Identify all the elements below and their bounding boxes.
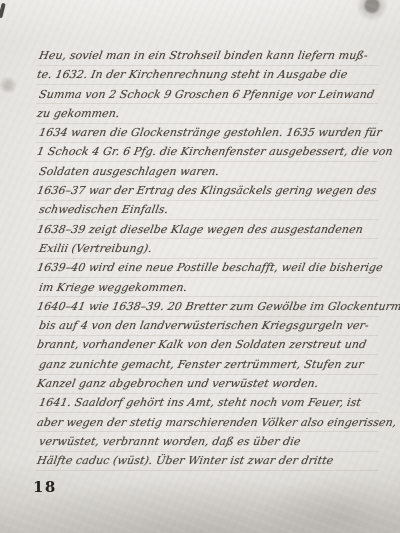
manuscript-line: im Kriege weggekommen. — [36, 281, 374, 300]
manuscript-line: Kanzel ganz abgebrochen und verwüstet wo… — [36, 377, 374, 396]
manuscript-line: zu gekommen. — [36, 107, 374, 126]
manuscript-line-text: 1641. Saaldorf gehört ins Amt, steht noc… — [38, 396, 362, 409]
manuscript-line: verwüstet, verbrannt worden, daß es über… — [36, 435, 374, 454]
manuscript-line: schwedischen Einfalls. — [36, 203, 374, 222]
manuscript-line-text: Soldaten ausgeschlagen waren. — [38, 165, 220, 178]
manuscript-line-text: Summa von 2 Schock 9 Groschen 6 Pfennige… — [38, 88, 375, 101]
manuscript-line: brannt, vorhandener Kalk von den Soldate… — [36, 338, 374, 357]
manuscript-line: 1636–37 war der Ertrag des Klingsäckels … — [36, 184, 374, 203]
manuscript-line-text: Heu, soviel man in ein Strohseil binden … — [38, 49, 369, 62]
manuscript-line: aber wegen der stetig marschierenden Völ… — [36, 416, 374, 435]
manuscript-line-text: Exilii (Vertreibung). — [38, 242, 153, 255]
page-number: 18 — [33, 478, 57, 496]
manuscript-line: 1 Schock 4 Gr. 6 Pfg. die Kirchenfenster… — [36, 145, 374, 164]
manuscript-line-text: verwüstet, verbrannt worden, daß es über… — [38, 435, 302, 448]
manuscript-line-text: ganz zunichte gemacht, Fenster zertrümme… — [38, 358, 365, 371]
manuscript-line: ganz zunichte gemacht, Fenster zertrümme… — [36, 358, 374, 377]
manuscript-line: Summa von 2 Schock 9 Groschen 6 Pfennige… — [36, 88, 374, 107]
manuscript-line-text: Hälfte caduc (wüst). Über Winter ist zwa… — [36, 454, 334, 467]
manuscript-line-text: te. 1632. In der Kirchenrechnung steht i… — [36, 68, 348, 81]
manuscript-line-text: 1638–39 zeigt dieselbe Klage wegen des a… — [36, 223, 364, 236]
manuscript-line: Exilii (Vertreibung). — [36, 242, 374, 261]
manuscript-line-text: aber wegen der stetig marschierenden Völ… — [36, 416, 397, 429]
handwritten-text: Heu, soviel man in ein Strohseil binden … — [36, 49, 374, 474]
manuscript-line: Soldaten ausgeschlagen waren. — [36, 165, 374, 184]
manuscript-line-text: im Kriege weggekommen. — [38, 281, 188, 294]
manuscript-line-text: Kanzel ganz abgebrochen und verwüstet wo… — [36, 377, 319, 390]
manuscript-line: 1634 waren die Glockenstränge gestohlen.… — [36, 126, 374, 145]
manuscript-page: Heu, soviel man in ein Strohseil binden … — [0, 0, 400, 533]
manuscript-line: bis auf 4 von den landverwüsterischen Kr… — [36, 319, 374, 338]
corner-smudge — [0, 3, 6, 19]
manuscript-line-text: brannt, vorhandener Kalk von den Soldate… — [36, 338, 367, 351]
manuscript-line: 1640–41 wie 1638–39. 20 Bretter zum Gewö… — [36, 300, 374, 319]
manuscript-line-text: 1639–40 wird eine neue Postille beschaff… — [36, 261, 384, 274]
manuscript-line: Heu, soviel man in ein Strohseil binden … — [36, 49, 374, 68]
manuscript-line: 1639–40 wird eine neue Postille beschaff… — [36, 261, 374, 280]
manuscript-line: te. 1632. In der Kirchenrechnung steht i… — [36, 68, 374, 87]
manuscript-line-text: bis auf 4 von den landverwüsterischen Kr… — [38, 319, 370, 332]
manuscript-line: 1641. Saaldorf gehört ins Amt, steht noc… — [36, 396, 374, 415]
manuscript-line-text: zu gekommen. — [36, 107, 121, 120]
manuscript-line-text: 1636–37 war der Ertrag des Klingsäckels … — [36, 184, 377, 197]
manuscript-line: 1638–39 zeigt dieselbe Klage wegen des a… — [36, 223, 374, 242]
manuscript-line-text: schwedischen Einfalls. — [38, 203, 169, 216]
manuscript-line-text: 1634 waren die Glockenstränge gestohlen.… — [38, 126, 383, 139]
manuscript-line-text: 1640–41 wie 1638–39. 20 Bretter zum Gewö… — [36, 300, 400, 313]
manuscript-line-text: 1 Schock 4 Gr. 6 Pfg. die Kirchenfenster… — [36, 145, 394, 158]
manuscript-line: Hälfte caduc (wüst). Über Winter ist zwa… — [36, 454, 374, 473]
